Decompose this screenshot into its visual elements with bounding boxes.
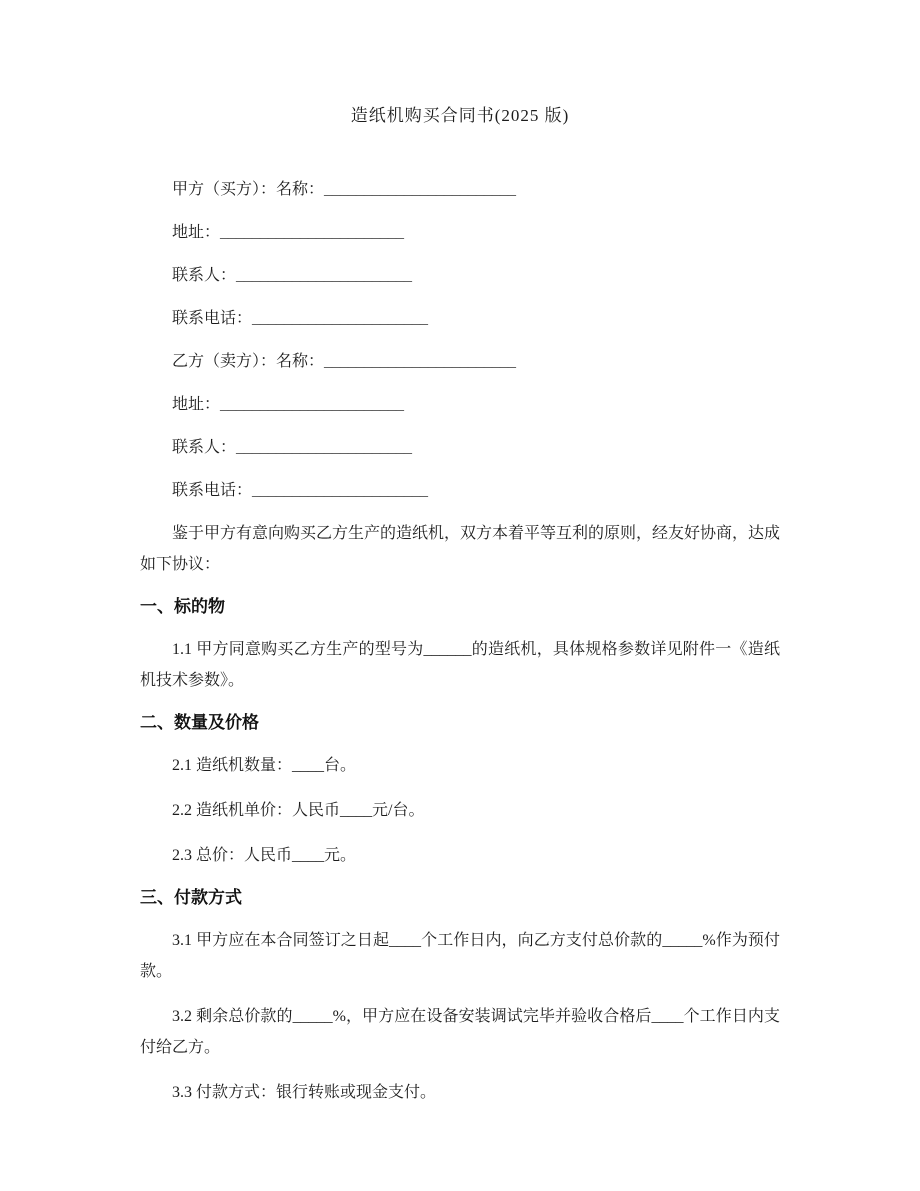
fill-in-blank: ______________________ bbox=[236, 439, 412, 456]
party-label: 甲方（买方）：名称： bbox=[172, 181, 324, 198]
party-line-buyer-address: 地址：_______________________ bbox=[140, 217, 780, 248]
clause-2-1: 2.1 造纸机数量：____台。 bbox=[140, 750, 780, 781]
fill-in-blank: _______________________ bbox=[220, 224, 404, 241]
party-label: 地址： bbox=[172, 224, 220, 241]
party-label: 联系人： bbox=[172, 439, 236, 456]
section-heading-1: 一、标的物 bbox=[140, 594, 780, 620]
party-line-seller-name: 乙方（卖方）：名称：________________________ bbox=[140, 346, 780, 377]
section-heading-3: 三、付款方式 bbox=[140, 885, 780, 911]
section-heading-2: 二、数量及价格 bbox=[140, 710, 780, 736]
party-label: 联系电话： bbox=[172, 482, 252, 499]
fill-in-blank: _______________________ bbox=[220, 396, 404, 413]
contract-document-page: 造纸机购买合同书(2025 版) 甲方（买方）：名称：_____________… bbox=[0, 0, 920, 1191]
fill-in-blank: ______________________ bbox=[252, 482, 428, 499]
party-line-buyer-contact: 联系人：______________________ bbox=[140, 260, 780, 291]
party-label: 乙方（卖方）：名称： bbox=[172, 353, 324, 370]
party-line-seller-address: 地址：_______________________ bbox=[140, 389, 780, 420]
fill-in-blank: ________________________ bbox=[324, 181, 516, 198]
clause-2-2: 2.2 造纸机单价：人民币____元/台。 bbox=[140, 795, 780, 826]
fill-in-blank: ________________________ bbox=[324, 353, 516, 370]
party-label: 联系电话： bbox=[172, 310, 252, 327]
clause-1-1: 1.1 甲方同意购买乙方生产的型号为______的造纸机，具体规格参数详见附件一… bbox=[140, 634, 780, 696]
party-label: 地址： bbox=[172, 396, 220, 413]
clause-3-2: 3.2 剩余总价款的_____%，甲方应在设备安装调试完毕并验收合格后____个… bbox=[140, 1001, 780, 1063]
document-title: 造纸机购买合同书(2025 版) bbox=[140, 104, 780, 128]
party-line-buyer-name: 甲方（买方）：名称：________________________ bbox=[140, 174, 780, 205]
party-label: 联系人： bbox=[172, 267, 236, 284]
party-line-seller-phone: 联系电话：______________________ bbox=[140, 475, 780, 506]
clause-2-3: 2.3 总价：人民币____元。 bbox=[140, 840, 780, 871]
fill-in-blank: ______________________ bbox=[252, 310, 428, 327]
intro-paragraph: 鉴于甲方有意向购买乙方生产的造纸机，双方本着平等互利的原则，经友好协商，达成如下… bbox=[140, 518, 780, 580]
clause-3-1: 3.1 甲方应在本合同签订之日起____个工作日内，向乙方支付总价款的_____… bbox=[140, 925, 780, 987]
clause-3-3: 3.3 付款方式：银行转账或现金支付。 bbox=[140, 1077, 780, 1108]
fill-in-blank: ______________________ bbox=[236, 267, 412, 284]
party-line-seller-contact: 联系人：______________________ bbox=[140, 432, 780, 463]
party-line-buyer-phone: 联系电话：______________________ bbox=[140, 303, 780, 334]
